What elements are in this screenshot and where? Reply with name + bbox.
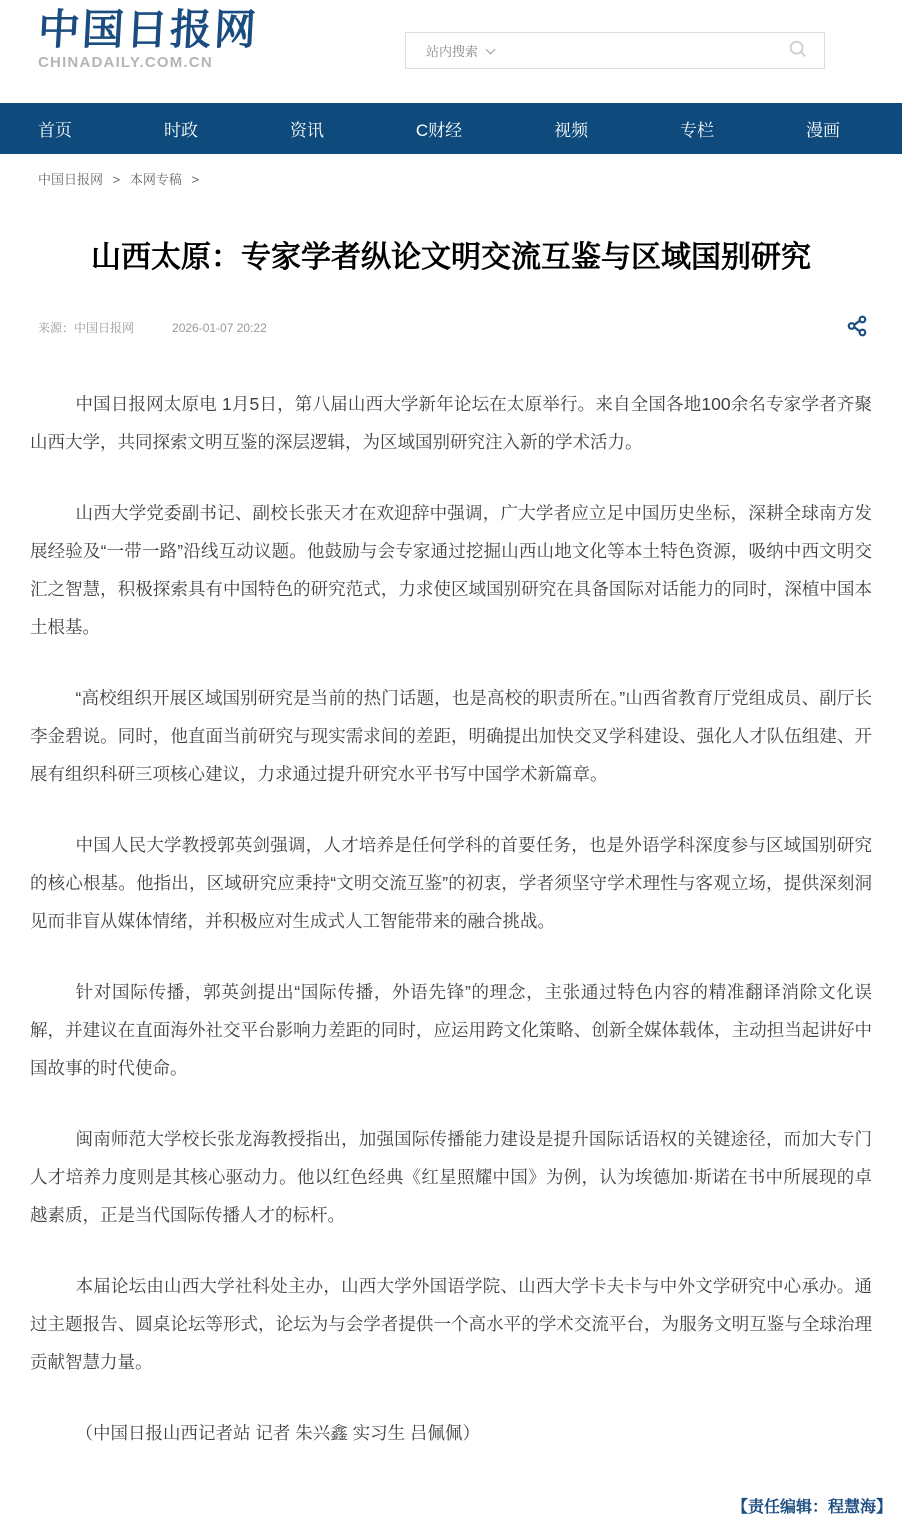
breadcrumb: 中国日报网 > 本网专稿 >	[0, 154, 902, 188]
article-body: 中国日报网太原电 1月5日，第八届山西大学新年论坛在太原举行。来自全国各地100…	[30, 385, 872, 1452]
share-button[interactable]	[844, 313, 870, 339]
article-meta: 来源：中国日报网 2026-01-07 20:22	[30, 319, 872, 337]
article-paragraph: 针对国际传播，郭英剑提出“国际传播，外语先锋”的理念，主张通过特色内容的精准翻译…	[30, 973, 872, 1087]
search-box: 站内搜索	[405, 32, 825, 69]
article-title: 山西太原：专家学者纵论文明交流互鉴与区域国别研究	[38, 238, 864, 279]
nav-item-comic[interactable]: 漫画	[806, 116, 840, 141]
article-paragraph: 山西大学党委副书记、副校长张天才在欢迎辞中强调，广大学者应立足中国历史坐标，深耕…	[30, 494, 872, 646]
breadcrumb-link-section[interactable]: 本网专稿	[130, 172, 182, 187]
article-paragraph: 中国人民大学教授郭英剑强调，人才培养是任何学科的首要任务，也是外语学科深度参与区…	[30, 826, 872, 940]
article-paragraph: 本届论坛由山西大学社科处主办，山西大学外国语学院、山西大学卡夫卡与中外文学研究中…	[30, 1267, 872, 1381]
search-button[interactable]	[772, 33, 824, 68]
logo-en-text: CHINADAILY.COM.CN	[38, 54, 258, 71]
nav-item-finance[interactable]: C财经	[416, 116, 462, 141]
nav-item-column[interactable]: 专栏	[680, 116, 714, 141]
nav-item-politics[interactable]: 时政	[164, 116, 198, 141]
chevron-down-icon	[487, 44, 496, 53]
breadcrumb-separator: >	[113, 172, 121, 187]
search-icon	[787, 38, 809, 63]
responsible-editor: 【责任编辑：程慧海】	[0, 1452, 902, 1531]
article-byline: （中国日报山西记者站 记者 朱兴鑫 实习生 吕佩佩）	[30, 1414, 872, 1452]
nav-item-news[interactable]: 资讯	[290, 116, 324, 141]
article-paragraph: “高校组织开展区域国别研究是当前的热门话题，也是高校的职责所在。”山西省教育厅党…	[30, 679, 872, 793]
breadcrumb-link-site[interactable]: 中国日报网	[38, 172, 103, 187]
main-nav: 首页 时政 资讯 C财经 视频 专栏 漫画	[0, 103, 902, 154]
article-paragraph: 闽南师范大学校长张龙海教授指出，加强国际传播能力建设是提升国际话语权的关键途径，…	[30, 1120, 872, 1234]
search-input[interactable]	[496, 33, 772, 68]
site-logo[interactable]: 中国日报网 CHINADAILY.COM.CN	[38, 8, 258, 71]
nav-item-video[interactable]: 视频	[554, 116, 588, 141]
share-icon	[844, 327, 870, 342]
search-category-dropdown[interactable]: 站内搜索	[426, 41, 496, 60]
logo-cn-text: 中国日报网	[37, 8, 259, 52]
breadcrumb-separator: >	[192, 172, 200, 187]
article: 山西太原：专家学者纵论文明交流互鉴与区域国别研究 来源：中国日报网 2026-0…	[0, 238, 902, 1452]
site-header: 中国日报网 CHINADAILY.COM.CN 站内搜索	[0, 0, 902, 103]
article-paragraph: 中国日报网太原电 1月5日，第八届山西大学新年论坛在太原举行。来自全国各地100…	[30, 385, 872, 461]
search-category-label: 站内搜索	[426, 41, 478, 60]
nav-item-home[interactable]: 首页	[38, 116, 72, 141]
article-source: 来源：中国日报网	[38, 319, 134, 336]
article-datetime: 2026-01-07 20:22	[172, 321, 267, 335]
